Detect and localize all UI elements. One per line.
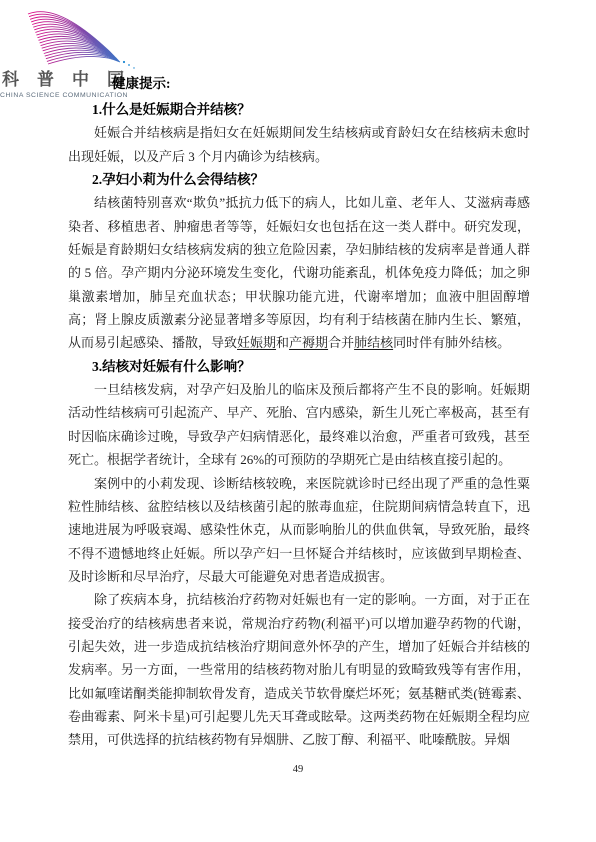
paragraph: 结核菌特别喜欢“欺负”抵抗力低下的病人，比如儿童、老年人、艾滋病毒感染者、移植患… [68,191,530,354]
paragraph: 一旦结核发病，对孕产妇及胎儿的临床及预后都将产生不良的影响。妊娠期活动性结核病可… [68,378,530,471]
page-number: 49 [0,764,596,775]
logo-char: 科 [2,70,19,90]
csc-logo: 科普中国 CHINA SCIENCE COMMUNICATION [0,0,170,110]
paragraph: 妊娠合并结核病是指妇女在妊娠期间发生结核病或育龄妇女在结核病未愈时出现妊娠，以及… [68,121,530,168]
document-page: 科普中国 CHINA SCIENCE COMMUNICATION 健康提示: 1… [0,0,596,842]
health-tip-label: 健康提示: [112,76,171,92]
section-heading: 3.结核对妊娠有什么影响？ [68,355,530,378]
underlined-term: 妊娠期 [237,335,276,350]
paragraph: 案例中的小莉发现、诊断结核较晚，来医院就诊时已经出现了严重的急性粟粒性肺结核、盆… [68,472,530,589]
section-heading: 1.什么是妊娠期合并结核？ [68,98,530,121]
logo-char: 中 [72,70,89,90]
logo-swoosh-icon [18,4,143,72]
section-heading: 2.孕妇小莉为什么会得结核？ [68,168,530,191]
logo-char: 普 [37,70,54,90]
document-content: 1.什么是妊娠期合并结核？妊娠合并结核病是指妇女在妊娠期间发生结核病或育龄妇女在… [68,98,530,752]
logo-chinese-text: 科普中国 [2,70,124,90]
underlined-term: 肺结核 [354,335,393,350]
paragraph: 除了疾病本身，抗结核治疗药物对妊娠也有一定的影响。一方面，对于正在接受治疗的结核… [68,588,530,751]
underlined-term: 产褥期 [289,335,328,350]
